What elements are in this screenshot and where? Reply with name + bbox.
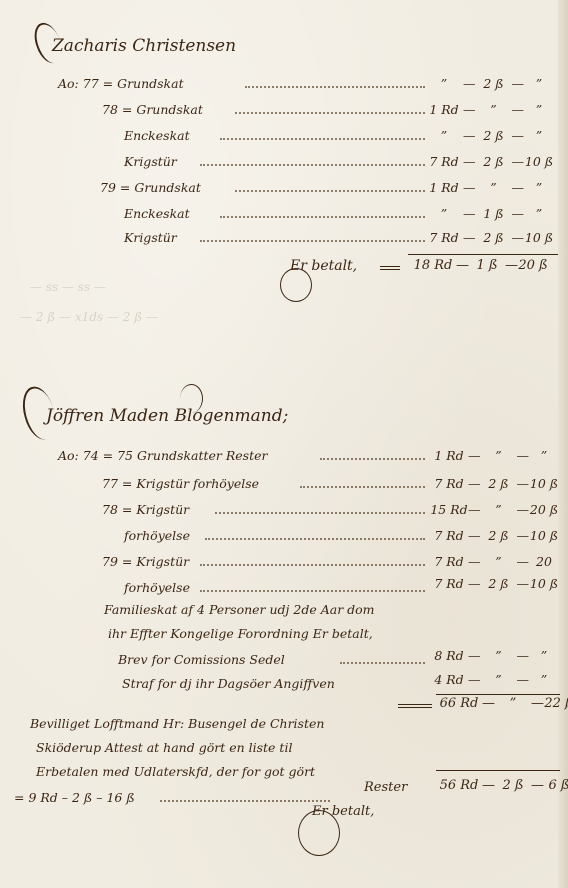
s1-total-amount: 18 Rd—1 ß—20 ß	[410, 258, 548, 273]
bleed-through-text: — 2 ß — x1ds — 2 ß —	[20, 310, 158, 324]
s1-row-1-amount: ”—2 ß—”	[425, 76, 554, 91]
s1-row-6-amount: ”—1 ß—”	[425, 206, 554, 221]
s1-total-label: Er betalt,	[290, 258, 357, 274]
s2-extra-2-label: Straf for dj ihr Dagsöer Angiffven	[122, 676, 335, 691]
leader-dots	[300, 486, 425, 488]
note-line-2: ihr Effter Kongelige Forordning Er betal…	[108, 626, 373, 641]
bleed-through-text: — ss — ss —	[30, 280, 106, 294]
s2-row-1-amount: 1 Rd—”—”	[430, 448, 559, 463]
sum-rule	[436, 694, 560, 695]
paid-label: Er betalt,	[312, 804, 374, 819]
s1-row-4: Krigstür	[124, 154, 177, 169]
s2-extra-2-amount: 4 Rd—”—”	[430, 672, 559, 687]
leader-dots	[200, 164, 425, 166]
leader-dots	[245, 86, 425, 88]
page-edge	[558, 0, 568, 888]
leader-dots	[215, 512, 425, 514]
s2-row-3-amount: 15 Rd—”—20 ß	[430, 502, 559, 517]
s1-row-2: 78 = Grundskat	[102, 102, 203, 117]
s2-row-4: forhöyelse	[124, 528, 190, 543]
sum-rule	[408, 254, 558, 255]
leader-dots	[200, 564, 425, 566]
leader-dots	[320, 458, 425, 460]
s1-row-1: Ao: 77 = Grundskat	[58, 76, 184, 91]
double-rule	[398, 704, 432, 708]
double-rule	[380, 266, 400, 270]
s2-row-6: forhöyelse	[124, 580, 190, 595]
leader-dots	[200, 590, 425, 592]
s1-row-5-amount: 1 Rd—”—”	[425, 180, 554, 195]
leader-dots	[200, 240, 425, 242]
s2-row-5-amount: 7 Rd—”—20	[430, 554, 559, 569]
closing-line-1: Bevilliget Lofftmand Hr: Busengel de Chr…	[30, 716, 324, 731]
s2-row-6-amount: 7 Rd—2 ß—10 ß	[430, 576, 559, 591]
leader-dots	[160, 800, 330, 802]
s2-extra-1-label: Brev for Comissions Sedel	[118, 652, 285, 667]
leader-dots	[235, 190, 425, 192]
closing-line-3: Erbetalen med Udlaterskfd, der for got g…	[36, 764, 315, 779]
s1-row-7: Krigstür	[124, 230, 177, 245]
s2-row-4-amount: 7 Rd—2 ß—10 ß	[430, 528, 559, 543]
note-line-1: Familieskat af 4 Personer udj 2de Aar do…	[104, 602, 375, 617]
leader-dots	[205, 538, 425, 540]
s1-row-1-year: Ao: 77 =	[58, 76, 113, 91]
s1-row-6: Enckeskat	[124, 206, 190, 221]
s2-row-5: 79 = Krigstür	[102, 554, 189, 569]
closing-line-2: Skiöderup Attest at hand gört en liste t…	[36, 740, 292, 755]
s1-row-4-amount: 7 Rd—2 ß—10 ß	[425, 154, 554, 169]
s1-row-3-amount: ”—2 ß—”	[425, 128, 554, 143]
s1-row-5: 79 = Grundskat	[100, 180, 201, 195]
s2-row-3: 78 = Krigstür	[102, 502, 189, 517]
s1-row-7-amount: 7 Rd—2 ß—10 ß	[425, 230, 554, 245]
s2-extra-1-amount: 8 Rd—”—”	[430, 648, 559, 663]
sum-rule	[436, 770, 560, 771]
rest-amount: 56 Rd—2 ß—6 ß	[436, 778, 568, 793]
ledger-page: — ss — ss — — 2 ß — x1ds — 2 ß — Zachari…	[0, 0, 568, 888]
leader-dots	[340, 662, 425, 664]
section1-heading: Zacharis Christensen	[52, 36, 236, 56]
s2-row-2: 77 = Krigstür forhöyelse	[102, 476, 259, 491]
s2-row-2-amount: 7 Rd—2 ß—10 ß	[430, 476, 559, 491]
s1-row-1-label: Grundskat	[117, 76, 184, 91]
s1-row-3: Enckeskat	[124, 128, 190, 143]
section2-heading: Jöffren Maden Blogenmand;	[46, 406, 288, 426]
closing-line-4: = 9 Rd – 2 ß – 16 ß	[14, 790, 135, 805]
s1-row-2-amount: 1 Rd—”—”	[425, 102, 554, 117]
leader-dots	[220, 138, 425, 140]
s2-subtotal-amount: 66 Rd—”—22 ß	[436, 696, 568, 711]
rest-label: Rester	[364, 780, 407, 795]
leader-dots	[220, 216, 425, 218]
s2-row-1: Ao: 74 = 75 Grundskatter Rester	[58, 448, 268, 463]
leader-dots	[235, 112, 425, 114]
